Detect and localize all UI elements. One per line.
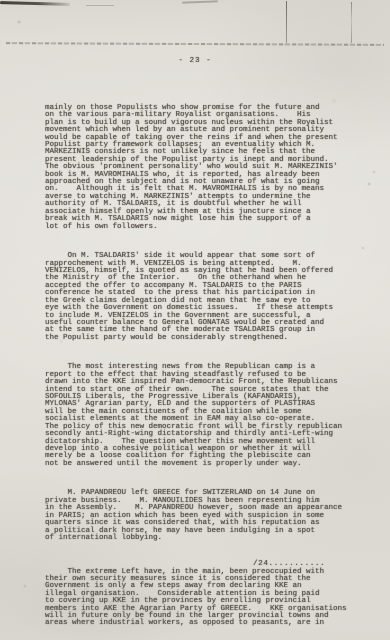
scan-artifact-vertical-rule-right xyxy=(351,2,352,43)
paragraph-tsaldaris-venizelos: On M. TSALDARIS' side it would appear th… xyxy=(45,253,361,342)
scan-artifact-top-line xyxy=(0,1,70,5)
scan-artifact-vertical-rule-left xyxy=(286,1,287,43)
continuation-marker: /24........... xyxy=(253,560,325,568)
scan-artifact-top-smudge xyxy=(182,0,218,3)
document-body: mainly on those Populists who show promi… xyxy=(45,90,361,640)
page-number: - 23 - xyxy=(0,57,390,65)
scanned-document-page: - 23 - mainly on those Populists who sho… xyxy=(0,0,390,640)
scan-artifact-specks xyxy=(0,0,2,2)
scan-artifact-top-line-faint xyxy=(86,5,114,6)
paragraph-extreme-left: The extreme Left have, in the main, been… xyxy=(45,569,361,628)
paragraph-republican-front: The most interesting news from the Repub… xyxy=(45,364,361,468)
scan-artifact-horizontal-rule xyxy=(6,42,384,45)
paragraph-royalist-populists: mainly on those Populists who show promi… xyxy=(45,105,361,231)
paragraph-papandreou: M. PAPANDREOU left GREECE for SWITZERLAN… xyxy=(45,490,361,542)
